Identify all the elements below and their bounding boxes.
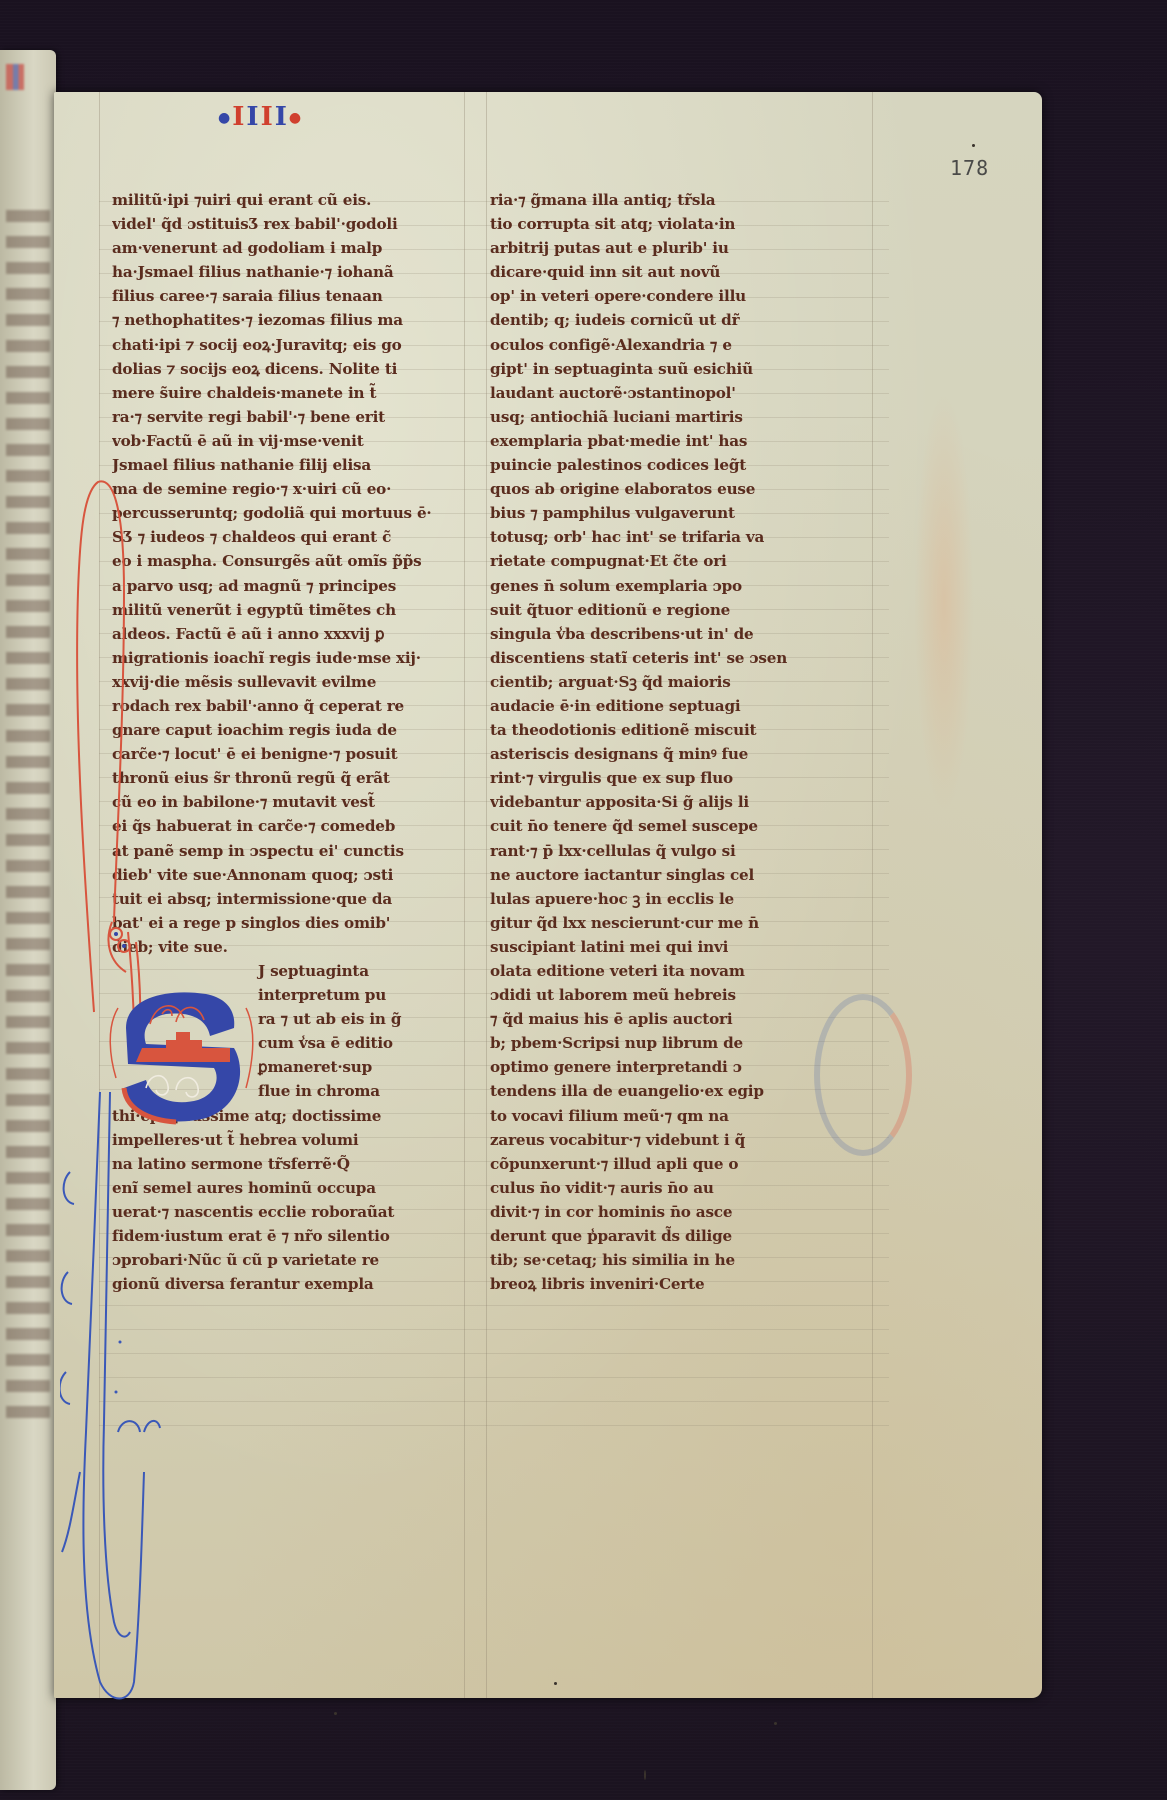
text-line: laudant auctorẽ·ɔstantinopol' (490, 381, 860, 405)
text-line: asteriscis designans q̃ minꝰ fue (490, 742, 860, 766)
text-line: ha·Jsmael filius nathanie·⁊ iohanã (112, 260, 458, 284)
text-line: gnare caput ioachim regis iuda de (112, 718, 458, 742)
text-line: migrationis ioachĩ regis iude·mse xij· (112, 646, 458, 670)
text-line: militũ·ipi ⁊uiri qui erant cũ eis. (112, 188, 458, 212)
text-line: genes n̄ solum exemplaria ɔpo (490, 574, 860, 598)
text-line: dieb' vite sue·Annonam quoq; ɔsti (112, 863, 458, 887)
text-line: chati·ipi ⁊ socij eoꝝ·Juravitq; eis go (112, 333, 458, 357)
text-line: singula v̾ba describens·ut in' de (490, 622, 860, 646)
text-line: to vocavi filium meũ·⁊ qm na (490, 1104, 860, 1128)
text-line: ⁊ nethophatites·⁊ iezomas filius ma (112, 308, 458, 332)
text-line: rodach rex babil'·anno q̃ ceperat re (112, 694, 458, 718)
parchment-speck (644, 1770, 646, 1780)
text-line: xxvij·die mẽsis sullevavit evilme (112, 670, 458, 694)
text-line: dieb; vite sue. (112, 935, 458, 959)
text-column-right: ria·⁊ g̃mana illa antiq; tr̃sla tio corr… (490, 188, 860, 1296)
text-line: carc̃e·⁊ locut' ē ei benigne·⁊ posuit (112, 742, 458, 766)
text-line: ei q̃s habuerat in carc̃e·⁊ comedeb (112, 814, 458, 838)
text-line: exemplaria pbat·medie int' has (490, 429, 860, 453)
parchment-speck (554, 1682, 557, 1685)
text-line: cientib; arguat·Sꝫ q̃d maioris (490, 670, 860, 694)
text-line: aldeos. Factũ ē aũ i anno xxxvij ꝑ (112, 622, 458, 646)
text-line: lulas apuere·hoc ꝫ in ecclis le (490, 887, 860, 911)
text-line: zareus vocabitur·⁊ videbunt i q̃ (490, 1128, 860, 1152)
running-head: ●IIII● (218, 102, 303, 132)
text-line: dentib; q; iudeis cornicũ ut dr̃ (490, 308, 860, 332)
text-line: tuit ei absq; intermissione·que da (112, 887, 458, 911)
previous-page-rubric-mark (6, 64, 24, 90)
parchment-speck (972, 144, 975, 147)
text-line: gipt' in septuaginta suũ esichiũ (490, 357, 860, 381)
text-line: ⁊ q̃d maius his ē aplis auctori (490, 1007, 860, 1031)
text-line: bius ⁊ pamphilus vulgaverunt (490, 501, 860, 525)
text-line: a parvo usq; ad magnũ ⁊ principes (112, 574, 458, 598)
text-line: videl' q̃d ɔstituisƷ rex babil'·godoli (112, 212, 458, 236)
text-line: derunt que p̾paravit d̃s dilige (490, 1224, 860, 1248)
text-line: suit q̃tuor editionũ e regione (490, 598, 860, 622)
text-line: optimo genere interpretandi ɔ (490, 1055, 860, 1079)
text-line: ria·⁊ g̃mana illa antiq; tr̃sla (490, 188, 860, 212)
text-line: culus n̄o vidit·⁊ auris n̄o au (490, 1176, 860, 1200)
text-line: op' in veteri opere·condere illu (490, 284, 860, 308)
text-line: cõpunxerunt·⁊ illud apli que o (490, 1152, 860, 1176)
text-line: suscipiant latini mei qui invi (490, 935, 860, 959)
text-line: b; pbem·Scripsi nup librum de (490, 1031, 860, 1055)
text-line: ɔdidi ut laborem meũ hebreis (490, 983, 860, 1007)
text-line: olata editione veteri ita novam (490, 959, 860, 983)
text-line: ra·⁊ servite regi babil'·⁊ bene erit (112, 405, 458, 429)
text-line: arbitrij putas aut e plurib' iu (490, 236, 860, 260)
folio-number: 178 (950, 156, 989, 180)
text-line: dolias ⁊ socijs eoꝝ dicens. Nolite ti (112, 357, 458, 381)
blue-penwork-flourish (60, 1092, 170, 1712)
previous-page-edge (0, 50, 56, 1790)
manuscript-folio: ●IIII● 178 militũ·ipi ⁊uiri qui erant cũ… (54, 92, 1042, 1698)
red-penwork-flourish (54, 472, 144, 1032)
text-line: J septuaginta (112, 959, 458, 983)
text-line: tio corrupta sit atq; violata·in (490, 212, 860, 236)
text-line: militũ venerũt i egyptũ timẽtes ch (112, 598, 458, 622)
text-line: rint·⁊ virgulis que ex sup fluo (490, 766, 860, 790)
text-line: bat' ei a rege p singlos dies omib' (112, 911, 458, 935)
text-line: rietate compugnat·Et c̃te ori (490, 549, 860, 573)
parchment-speck (774, 1722, 777, 1725)
text-line: rant·⁊ p̄ lxx·cellulas q̃ vulgo si (490, 839, 860, 863)
text-line: oculos configẽ·Alexandria ⁊ e (490, 333, 860, 357)
text-line: thronũ eius s̃r thronũ regũ q̃ erãt (112, 766, 458, 790)
text-line: tendens illa de euangelio·ex egip (490, 1079, 860, 1103)
parchment-stain (914, 392, 974, 812)
text-line: tib; se·cetaq; his similia in he (490, 1248, 860, 1272)
text-line: eo i maspha. Consurgẽs aũt omĩs p̃p̃s (112, 549, 458, 573)
text-line: videbantur apposita·Si g̃ alijs li (490, 790, 860, 814)
text-line: Jsmael filius nathanie filij elisa (112, 453, 458, 477)
text-line: am·venerunt ad godoliam i malp (112, 236, 458, 260)
text-line: puincie palestinos codices leg̃t (490, 453, 860, 477)
text-line: mere s̃uire chaldeis·manete in t̃ (112, 381, 458, 405)
text-line: quos ab origine elaboratos euse (490, 477, 860, 501)
text-line: ne auctore iactantur singlas cel (490, 863, 860, 887)
text-line: gitur q̃d lxx nescierunt·cur me n̄ (490, 911, 860, 935)
text-line: discentiens statĩ ceteris int' se ɔsen (490, 646, 860, 670)
text-line: at panẽ semp in ɔspectu ei' cunctis (112, 839, 458, 863)
text-line: audacie ē·in editione septuagi (490, 694, 860, 718)
text-line: filius caree·⁊ saraia filius tenaan (112, 284, 458, 308)
parchment-speck (334, 1712, 337, 1715)
text-line: usq; antiochiã luciani martiris (490, 405, 860, 429)
text-line: totusq; orb' hac int' se trifaria va (490, 525, 860, 549)
text-line: breoꝝ libris inveniri·Certe (490, 1272, 860, 1296)
text-line: cuit n̄o tenere q̃d semel suscepe (490, 814, 860, 838)
text-line: divit·⁊ in cor hominis n̄o asce (490, 1200, 860, 1224)
text-line: ma de semine regio·⁊ x·uiri cũ eo· (112, 477, 458, 501)
text-line: SƷ ⁊ iudeos ⁊ chaldeos qui erant c̃ (112, 525, 458, 549)
text-line: cũ eo in babilone·⁊ mutavit vest̃ (112, 790, 458, 814)
previous-page-text-edge (6, 210, 50, 1430)
text-line: ta theodotionis editionẽ miscuit (490, 718, 860, 742)
text-line: vob·Factũ ē aũ in vij·mse·venit (112, 429, 458, 453)
show-through-initial (814, 994, 912, 1156)
text-line: dicare·quid inn sit aut novũ (490, 260, 860, 284)
text-line: percusseruntq; godoliã qui mortuus ē· (112, 501, 458, 525)
